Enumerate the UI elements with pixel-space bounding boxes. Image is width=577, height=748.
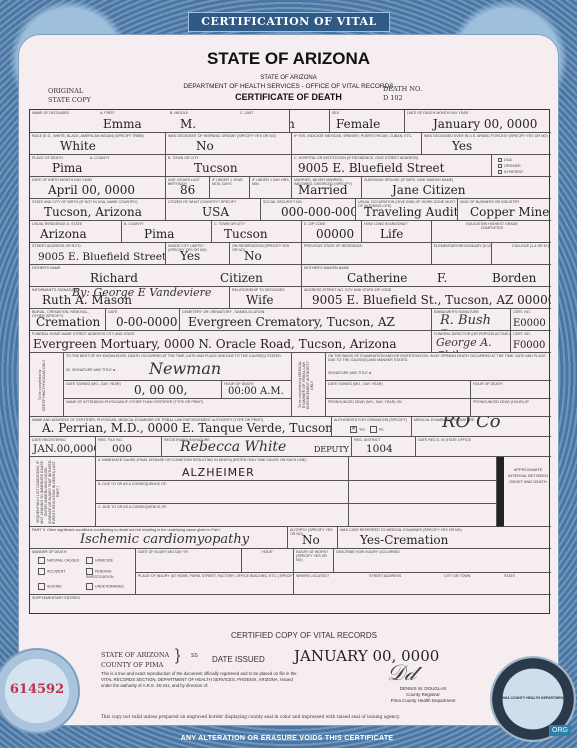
field-label: A. COUNTY xyxy=(90,156,110,160)
field-label: NAME OF ATTENDING PHYSICIAN IF OTHER THA… xyxy=(66,400,203,404)
me-date-signed-field: DATE SIGNED (Mo., Day, Year) xyxy=(326,381,471,399)
death-no-value: D 102 xyxy=(383,94,422,103)
suicide-option[interactable]: SUICIDE xyxy=(38,583,86,590)
field-label: STREET ADDRESS OR R.F.D. xyxy=(32,244,82,248)
manner-options: NATURAL CAUSES HOMICIDE ACCIDENT PENDING… xyxy=(38,557,134,590)
ss-label: SS xyxy=(191,653,198,659)
pronounced-date-field: PRONOUNCED DEAD (Mo., Day, Year) ON xyxy=(326,399,471,417)
option-label: SUICIDE xyxy=(47,584,62,588)
residence-county-value: Pima xyxy=(144,227,174,241)
cremation-options: ✕Yes No xyxy=(350,426,383,433)
autopsy-value: No xyxy=(302,533,320,547)
sex-value: Female xyxy=(336,117,380,131)
state-title: STATE OF ARIZONA xyxy=(19,49,558,69)
field-label: STATE AND CITY OF BIRTH (If not in USA, … xyxy=(32,200,137,204)
informant-field: INFORMANT'S SIGNATURE By: George E Vande… xyxy=(30,287,230,309)
hispanic-detail-field: IF YES, INDICATE MEXICAN, SPANISH, PUERT… xyxy=(292,133,422,155)
field-label: DATE OF DEATH MONTH DAY YEAR xyxy=(407,111,468,115)
field-label: MOTHER'S MAIDEN NAME xyxy=(304,266,349,270)
father-first-value: Richard xyxy=(90,271,138,285)
referred-value: Yes-Cremation xyxy=(360,533,448,547)
funeral-director-field: FUNERAL DIRECTOR (or person acting as su… xyxy=(432,331,511,353)
race-field: RACE (e.g., white, black, American India… xyxy=(30,133,166,155)
field-label: ADDRESS STREET NO. CITY AND STATE ZIP CO… xyxy=(304,288,391,292)
field-label: DATE REC'D. IN STATE OFFICE xyxy=(418,438,471,442)
middle-name-value: M. xyxy=(180,117,196,131)
accident-option[interactable]: ACCIDENT xyxy=(38,568,86,579)
me-signature-field: ON THE BASIS OF EXAMINATION AND/OR INVES… xyxy=(326,353,551,381)
field-label: WAS DECEDENT OF HISPANIC ORIGIN? (SPECIF… xyxy=(168,134,276,138)
original-line: ORIGINAL xyxy=(48,87,108,96)
field-label: CERT. NO. xyxy=(513,310,531,314)
field-label: B. MIDDLE xyxy=(170,111,188,115)
cremation-no-checkbox[interactable] xyxy=(370,426,377,433)
field-label: FATHER'S NAME xyxy=(32,266,60,270)
field-label: SEX xyxy=(332,111,339,115)
field-label: DATE SIGNED (Mo., Day, Year) xyxy=(328,382,383,386)
street-address-field: STREET ADDRESS OR R.F.D. 9005 E. Bluefie… xyxy=(30,243,166,265)
field-label: PLACE OF INJURY (At home, farm, street, … xyxy=(138,574,294,578)
field-label: HOUR xyxy=(262,550,273,554)
option-label: ACCIDENT xyxy=(47,569,65,573)
field-label: SUPPLEMENTARY ENTRIES xyxy=(32,596,80,600)
option-label: IN PATIENT xyxy=(504,170,523,174)
field-label: COLLEGE (1-4 or 5+) xyxy=(512,244,549,248)
registrar-signature-mark: 𝒟𝒹 xyxy=(387,661,416,686)
registrar-department: Pima County Health Department xyxy=(383,698,463,704)
side-label: To be completed by CERTIFYING PHYSICIAN … xyxy=(38,359,46,411)
citizenship-value: USA xyxy=(202,205,229,219)
street-value: 9005 E. Bluefield Street xyxy=(38,251,166,263)
field-label: DESCRIBE HOW INJURY OCCURRED xyxy=(336,550,400,554)
residence-state-value: Arizona xyxy=(40,227,87,241)
residence-town-value: Tucson xyxy=(224,227,268,241)
field-label: C. HOSPITAL OR INSTITUTION (IF RESIDENCE… xyxy=(294,156,418,160)
hour-value: 00:00 A.M. xyxy=(228,386,284,397)
county-value: Pima xyxy=(52,161,82,175)
field-label: STATE xyxy=(504,574,515,578)
director-cert-field: CERT. NO. F0000 xyxy=(511,331,551,353)
option-label: Yes xyxy=(359,427,365,431)
field-label: STREET ADDRESS xyxy=(369,574,401,578)
date-signed-value: 0, 00 00, xyxy=(134,383,187,397)
birthplace-value: Tucson, Arizona xyxy=(44,205,142,219)
state-copy-line: STATE COPY xyxy=(48,96,108,105)
previous-state-field: PREVIOUS STATE OF RESIDENCE xyxy=(302,243,432,265)
field-label: TO THE BEST OF MY KNOWLEDGE, DEATH OCCUR… xyxy=(66,354,290,358)
field-label: ON THE BASIS OF EXAMINATION AND/OR INVES… xyxy=(328,354,548,362)
me-signature: RO Co xyxy=(442,417,501,432)
serial-number: 614592 xyxy=(0,682,78,697)
cemetery-field: CEMETERY OR CREMATORY - NAME/LOCATION Ev… xyxy=(180,309,432,331)
embalmer-cert-field: CERT. NO. E0000 xyxy=(511,309,551,331)
hospital-field: C. HOSPITAL OR INSTITUTION (IF RESIDENCE… xyxy=(292,155,492,177)
field-label: PLACE OF DEATH xyxy=(32,156,63,160)
injury-at-work-field: INJURY AT WORK? (Specify Yes or No) xyxy=(294,549,334,573)
armed-forces-field: WAS DECEASED EVER IN U.S. ARMED FORCES? … xyxy=(422,133,551,155)
field-label: RACE (e.g., white, black, American India… xyxy=(32,134,144,138)
field-label: RELATIONSHIP TO DECEASED xyxy=(232,288,285,292)
death-number: DEATH NO.D 102 xyxy=(383,85,422,103)
interval-c-field xyxy=(349,504,497,527)
elementary-field: ELEMENTARY/SECONDARY (0-12) xyxy=(432,243,492,265)
cemetery-value: Evergreen Crematory, Tucson, AZ xyxy=(188,315,395,329)
date-of-death-field: DATE OF DEATH MONTH DAY YEAR January 00,… xyxy=(405,110,551,133)
undetermined-option[interactable]: UNDETERMINED xyxy=(86,583,134,590)
field-label: B. COUNTY xyxy=(124,222,144,226)
option-label: UNDETERMINED xyxy=(95,584,124,588)
cause-a-value: ALZHEIMER xyxy=(182,466,255,479)
field-label: CITY OR TOWN xyxy=(444,574,470,578)
hispanic-value: No xyxy=(196,139,214,153)
field-label: A. IMMEDIATE CAUSE (FINAL DISEASE OR CON… xyxy=(98,458,306,462)
field-label: D. ZIP CODE xyxy=(304,222,326,226)
how-long-value: Life xyxy=(380,227,403,241)
registrar-signature: Rebecca White xyxy=(180,439,286,455)
reservation-value: No xyxy=(244,249,262,263)
college-field: COLLEGE (1-4 or 5+) xyxy=(492,243,551,265)
embalmer-cert-value: E0000 xyxy=(513,318,546,329)
mother-name-field: MOTHER'S MAIDEN NAME Catherine F. Borden xyxy=(302,265,551,287)
surviving-spouse-field: SURVIVING SPOUSE (IF WIFE, GIVE MAIDEN N… xyxy=(362,177,551,199)
father-last-value: Citizen xyxy=(220,271,263,285)
doa-checkboxes: DOA OP/EMER. IN PATIENT xyxy=(492,155,551,177)
first-name-value: Emma xyxy=(103,117,142,131)
field-label: HOW LONG IN ARIZONA? xyxy=(364,222,407,226)
cause-c-field: C. DUE TO OR AS A CONSEQUENCE OF: xyxy=(96,504,349,527)
field-label: WAS CASE REFERRED TO MEDICAL EXAMINER (S… xyxy=(340,528,462,532)
informant-address-field: ADDRESS STREET NO. CITY AND STATE ZIP CO… xyxy=(302,287,551,309)
reg-district-field: REG. DISTRICT 1004 xyxy=(352,437,416,457)
validity-notice: This copy not valid unless prepared on e… xyxy=(101,715,400,720)
field-label: DATE OF BIRTH MONTH DAY YEAR xyxy=(32,178,92,182)
education-header: EDUCATION HIGHEST GRADE COMPLETED xyxy=(432,221,551,243)
original-copy-label: ORIGINALSTATE COPY xyxy=(48,87,108,105)
seal-text: PIMA COUNTY HEALTH DEPARTMENT xyxy=(492,696,574,700)
field-label: ELEMENTARY/SECONDARY (0-12) xyxy=(434,244,492,248)
interval-label: APPROXIMATE INTERVAL BETWEEN ONSET AND D… xyxy=(506,467,550,485)
sex-field: SEX Female xyxy=(330,110,405,133)
option-label: No xyxy=(379,427,384,431)
name-of-deceased: NAME OF DECEASED A. FIRST B. MIDDLE C. L… xyxy=(30,110,290,133)
reg-file-value: 000 xyxy=(112,443,132,455)
field-label: REG. DISTRICT xyxy=(354,438,380,442)
field-label: DATE SIGNED (Mo., Day, Year) xyxy=(66,382,121,386)
address-value: 9005 E. Bluefield St., Tucson, AZ 00000 xyxy=(312,293,551,307)
registrar-signature-field: REGISTRAR'S SIGNATURE Rebecca White DEPU… xyxy=(162,437,352,457)
field-label: REG. FILE NO. xyxy=(98,438,123,442)
certifier-signature: Newman xyxy=(149,359,221,378)
certificate-paper: STATE OF ARIZONA STATE OF ARIZONA DEPART… xyxy=(18,34,559,726)
field-label: KIND OF BUSINESS OR INDUSTRY xyxy=(460,200,519,204)
field-label: B. TOWN OR CITY xyxy=(168,156,199,160)
death-no-label: DEATH NO. xyxy=(383,85,422,94)
hospital-value: 9005 E. Bluefield Street xyxy=(298,161,444,175)
interval-b-field xyxy=(349,481,497,504)
cause-b-field: B. DUE TO OR AS A CONSEQUENCE OF: xyxy=(96,481,349,504)
zip-field: D. ZIP CODE 00000 xyxy=(302,221,362,243)
inside-city-limits-field: INSIDE CITY LIMITS? (SPECIFY Yes or No) … xyxy=(166,243,230,265)
marital-value: Married xyxy=(298,183,348,197)
registrar-title: DEPUTY xyxy=(314,445,349,454)
field-label: SOCIAL SECURITY NO. xyxy=(263,200,303,204)
interval-a-field xyxy=(349,457,497,481)
field-label: B. DUE TO OR AS A CONSEQUENCE OF: xyxy=(98,482,167,486)
certifier-name-value: A. Perrian, M.D., 0000 E. Tanque Verde, … xyxy=(42,421,332,435)
director-cert-value: F0000 xyxy=(513,340,545,351)
disposition-date-value: 0-00-0000 xyxy=(116,315,178,329)
alteration-warning: ANY ALTERATION OR ERASURE VOIDS THIS CER… xyxy=(176,733,398,745)
cause-a-field: A. IMMEDIATE CAUSE (FINAL DISEASE OR CON… xyxy=(96,457,349,481)
informant-value: Ruth A. Mason xyxy=(42,293,132,307)
jurisdiction: STATE OF ARIZONA COUNTY OF PIMA xyxy=(101,650,169,670)
date-issued-label: DATE ISSUED xyxy=(212,655,265,664)
field-label: DATE OF INJURY MO DAY YR xyxy=(138,550,188,554)
mother-first-value: Catherine xyxy=(347,271,407,285)
state-line: STATE OF ARIZONA xyxy=(101,650,169,660)
inpatient-option[interactable]: IN PATIENT xyxy=(498,169,551,175)
option-label: HOMICIDE xyxy=(95,558,113,562)
field-label: CEMETERY OR CREMATORY - NAME/LOCATION xyxy=(182,310,264,314)
field-label: DATE REGISTERED xyxy=(32,438,66,442)
director-signature: George A. Chiban xyxy=(436,336,510,353)
registrar-block: DENNIS W. DOUGLAS County Registrar Pima … xyxy=(383,686,463,704)
part-two-value: Ischemic cardiomyopathy xyxy=(80,532,249,547)
option-label: DOA xyxy=(504,158,512,162)
race-value: White xyxy=(60,139,96,153)
ssn-field: SOCIAL SECURITY NO. 000-000-0000 xyxy=(261,199,356,221)
date-registered-value: JAN.00,0000 xyxy=(33,443,96,455)
date-issued-value: JANUARY 00, 0000 xyxy=(294,647,439,665)
hour-of-death-field: HOUR OF DEATH 00:00 A.M. xyxy=(222,381,292,399)
homicide-option[interactable]: HOMICIDE xyxy=(86,557,134,564)
cremation-authorized-field: AUTHORIZED FOR CREMATION (SPECIFY) ✕Yes … xyxy=(332,417,412,437)
date-of-birth-field: DATE OF BIRTH MONTH DAY YEAR April 00, 0… xyxy=(30,177,166,199)
field-label: IF UNDER 1 YEAR MOS. DAYS xyxy=(212,178,250,186)
option-label: OP/EMER. xyxy=(504,164,522,168)
injury-location-field: WHERE LOCATED? STREET ADDRESS CITY OR TO… xyxy=(294,573,551,595)
funeral-home-field: FUNERAL HOME NAME STREET ADDRESS CITY AN… xyxy=(30,331,432,353)
manner-of-death-field: MANNER OF DEATH NATURAL CAUSES HOMICIDE … xyxy=(30,549,136,595)
industry-value: Copper Mine xyxy=(470,205,549,219)
certifier-side-label: To be completed by CERTIFYING PHYSICIAN … xyxy=(30,353,64,417)
father-name-field: FATHER'S NAME Richard Citizen xyxy=(30,265,302,287)
age-value: 86 xyxy=(180,183,195,197)
certification-banner: CERTIFICATION OF VITAL RECORD xyxy=(188,12,390,32)
last-name-cell: Citizen xyxy=(290,110,330,133)
pronounced-hour-field: PRONOUNCED DEAD (Hour) AT xyxy=(471,399,551,417)
place-of-death-county: PLACE OF DEATH A. COUNTY Pima xyxy=(30,155,166,177)
field-label: NAME OF DECEASED xyxy=(32,111,69,115)
me-side-label: To be completed by MEDICAL EXAMINER OR T… xyxy=(292,353,326,417)
injury-hour-field: HOUR xyxy=(242,549,294,573)
org-badge: ORG xyxy=(549,725,571,736)
place-of-injury-field: PLACE OF INJURY (At home, farm, street, … xyxy=(136,573,294,595)
ssn-value: 000-000-0000 xyxy=(281,205,356,219)
me-hour-field: HOUR OF DEATH xyxy=(471,381,551,399)
mother-last-value: Borden xyxy=(492,271,536,285)
field-label: HOUR OF DEATH xyxy=(473,382,502,386)
side-label: To be completed by MEDICAL EXAMINER OR T… xyxy=(298,357,314,413)
field-label: MANNER OF DEATH xyxy=(32,550,66,554)
field-label: WAS DECEASED EVER IN U.S. ARMED FORCES? … xyxy=(424,134,548,138)
injury-date-field: DATE OF INJURY MO DAY YR xyxy=(136,549,242,573)
field-label: PREVIOUS STATE OF RESIDENCE xyxy=(304,244,364,248)
last-name-value: Citizen xyxy=(290,117,295,131)
interval-label-box: APPROXIMATE INTERVAL BETWEEN ONSET AND D… xyxy=(497,457,551,527)
reg-file-field: REG. FILE NO. 000 xyxy=(96,437,162,457)
reservation-field: ON RESERVATION (SPECIFY Yes or No) No xyxy=(230,243,302,265)
state-subtitle: STATE OF ARIZONA xyxy=(19,75,558,81)
death-certificate-form: NAME OF DECEASED A. FIRST B. MIDDLE C. L… xyxy=(29,109,550,614)
relationship-value: Wife xyxy=(246,293,274,307)
date-registered-field: DATE REGISTERED JAN.00,0000 xyxy=(30,437,96,457)
field-label: CERT. NO. xyxy=(513,332,531,336)
spouse-value: Jane Citizen xyxy=(392,183,465,197)
residence-county-field: B. COUNTY Pima xyxy=(122,221,212,243)
birthplace-field: STATE AND CITY OF BIRTH (If not in USA, … xyxy=(30,199,166,221)
embalmer-signature: R. Bush Pan xyxy=(440,313,510,331)
bracket: } xyxy=(175,647,180,665)
residence-state-field: USUAL RESIDENCE A. STATE Arizona xyxy=(30,221,122,243)
field-label: PRONOUNCED DEAD (Hour) AT xyxy=(473,400,529,404)
field-label: CITIZEN OF WHAT COUNTRY? SPECIFY xyxy=(168,200,236,204)
pending-investigation-option[interactable]: PENDING INVESTIGATION xyxy=(86,568,134,579)
field-label: FUNERAL HOME NAME STREET ADDRESS CITY AN… xyxy=(32,332,135,336)
option-label: NATURAL CAUSES xyxy=(47,558,79,562)
industry-field: KIND OF BUSINESS OR INDUSTRY Copper Mine xyxy=(458,199,551,221)
field-label: C. LAST xyxy=(240,111,254,115)
residence-town-field: C. TOWN OR CITY Tucson xyxy=(212,221,302,243)
district-value: 1004 xyxy=(366,443,393,455)
field-label: DATE xyxy=(108,310,117,314)
field-label: PRONOUNCED DEAD (Mo., Day, Year) ON xyxy=(328,400,402,404)
certifier-name-field: NAME AND ADDRESS OF CERTIFIER, PHYSICIAN… xyxy=(30,417,332,437)
me-referred-field: WAS CASE REFERRED TO MEDICAL EXAMINER (S… xyxy=(338,527,551,549)
autopsy-field: AUTOPSY (Specify Yes or No) No xyxy=(288,527,338,549)
side-label: SEQUENTIALLY LIST CONDITIONS, IF ANY, LE… xyxy=(36,460,90,524)
field-label: A. FIRST xyxy=(100,111,115,115)
county-line: COUNTY OF PIMA xyxy=(101,660,169,670)
field-label: INJURY AT WORK? (Specify Yes or No) xyxy=(296,550,334,562)
field-label: 30. SIGNATURE AND TITLE ► xyxy=(66,368,116,372)
age-field: AGE (YEARS LAST BIRTHDAY) 86 xyxy=(166,177,210,199)
me-signature-box: MEDICAL EXAMINER'S SIGNATURE RO Co xyxy=(412,417,551,437)
field-label: WHERE LOCATED? xyxy=(296,574,329,578)
field-label: SIGNATURE AND TITLE ► xyxy=(328,371,372,375)
funeral-home-value: Evergreen Mortuary, 0000 N. Oracle Road,… xyxy=(33,337,397,351)
date-of-death-value: January 00, 0000 xyxy=(433,117,537,131)
field-label: IF YES, INDICATE MEXICAN, SPANISH, PUERT… xyxy=(294,134,412,138)
part-two-field: PART II. Other significant conditions co… xyxy=(30,527,288,549)
field-label: EDUCATION HIGHEST GRADE COMPLETED xyxy=(462,222,522,230)
armed-forces-value: Yes xyxy=(452,139,472,153)
how-long-field: HOW LONG IN ARIZONA? Life xyxy=(362,221,432,243)
certified-copy-heading: CERTIFIED COPY OF VITAL RECORDS xyxy=(231,631,377,640)
date-received-field: DATE REC'D. IN STATE OFFICE xyxy=(416,437,551,457)
inside-city-value: Yes xyxy=(180,249,200,263)
disposition-value: Cremation xyxy=(36,315,100,329)
certification-statement: This is a true and exact reproduction of… xyxy=(101,671,301,689)
describe-injury-field: DESCRIBE HOW INJURY OCCURRED xyxy=(334,549,551,573)
disposition-field: BURIAL, CREMATION, REMOVAL, OTHER (Speci… xyxy=(30,309,106,331)
relationship-field: RELATIONSHIP TO DECEASED Wife xyxy=(230,287,302,309)
under-1-day-field: IF UNDER 1 DAY HRS. MIN. xyxy=(250,177,292,199)
embalmer-field: EMBALMER'S SIGNATURE R. Bush Pan xyxy=(432,309,511,331)
occupation-value: Traveling Auditor xyxy=(364,205,458,219)
certifier-signature-field: TO THE BEST OF MY KNOWLEDGE, DEATH OCCUR… xyxy=(64,353,292,381)
field-label: C. TOWN OR CITY xyxy=(214,222,245,226)
marital-status-field: MARRIED, NEVER MARRIED, WIDOWED, DIVORCE… xyxy=(292,177,362,199)
zip-value: 00000 xyxy=(316,227,354,241)
field-label: ON RESERVATION (SPECIFY Yes or No) xyxy=(232,244,292,252)
supplementary-entries-field: SUPPLEMENTARY ENTRIES xyxy=(30,595,551,615)
disposition-date-field: DATE 0-00-0000 xyxy=(106,309,180,331)
place-of-death-town: B. TOWN OR CITY Tucson xyxy=(166,155,292,177)
town-value: Tucson xyxy=(194,161,238,175)
hispanic-field: WAS DECEDENT OF HISPANIC ORIGIN? (SPECIF… xyxy=(166,133,292,155)
date-of-birth-value: April 00, 0000 xyxy=(48,183,135,197)
occupation-field: USUAL OCCUPATION (Give kind of work done… xyxy=(356,199,458,221)
field-label: C. DUE TO OR AS A CONSEQUENCE OF: xyxy=(98,505,167,509)
under-1-year-field: IF UNDER 1 YEAR MOS. DAYS xyxy=(210,177,250,199)
mother-middle-value: F. xyxy=(437,271,447,285)
field-label: AUTHORIZED FOR CREMATION (SPECIFY) xyxy=(334,418,407,422)
field-label: USUAL RESIDENCE A. STATE xyxy=(32,222,82,226)
natural-causes-option[interactable]: NATURAL CAUSES xyxy=(38,557,86,564)
citizenship-field: CITIZEN OF WHAT COUNTRY? SPECIFY USA xyxy=(166,199,261,221)
cremation-yes-checkbox[interactable]: ✕ xyxy=(350,426,357,433)
field-label: SURVIVING SPOUSE (IF WIFE, GIVE MAIDEN N… xyxy=(364,178,453,182)
cause-side-label: SEQUENTIALLY LIST CONDITIONS, IF ANY, LE… xyxy=(30,457,96,527)
date-signed-field: DATE SIGNED (Mo., Day, Year) 0, 00 00, xyxy=(64,381,222,399)
attending-physician-field: NAME OF ATTENDING PHYSICIAN IF OTHER THA… xyxy=(64,399,292,417)
field-label: IF UNDER 1 DAY HRS. MIN. xyxy=(252,178,290,186)
